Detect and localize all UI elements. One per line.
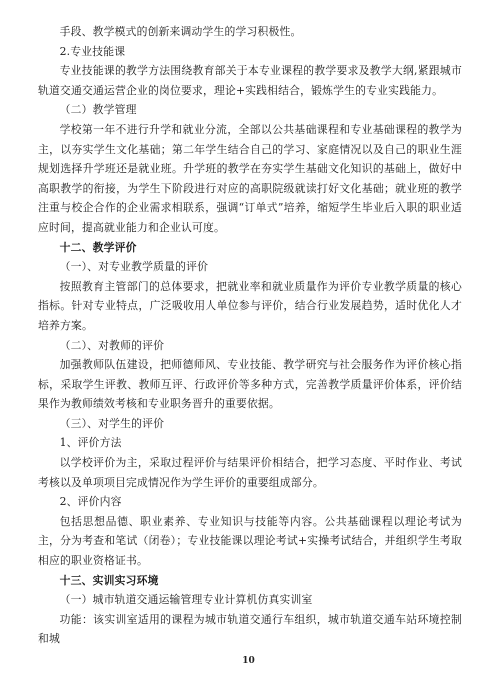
paragraph: 1、评价方法	[38, 433, 462, 453]
paragraph: 加强教师队伍建设，把师德师风、专业技能、教学研究与社会服务作为评价核心指标，采取…	[38, 355, 462, 414]
section-heading: 十三、实训实习环境	[38, 571, 462, 591]
document-page: 手段、教学模式的创新来调动学生的学习积极性。2.专业技能课专业技能课的教学方法围…	[0, 0, 497, 697]
paragraph: 手段、教学模式的创新来调动学生的学习积极性。	[38, 22, 462, 42]
paragraph: 学校第一年不进行升学和就业分流，全部以公共基础课程和专业基础课程的教学为主，以夯…	[38, 120, 462, 238]
paragraph: 2.专业技能课	[38, 42, 462, 62]
paragraph: 功能：该实训室适用的课程为城市轨道交通行车组织，城市轨道交通车站环境控制和城	[38, 610, 462, 649]
paragraph: （二）教学管理	[38, 100, 462, 120]
paragraph: 专业技能课的教学方法围绕教育部关于本专业课程的教学要求及教学大纲,紧跟城市轨道交…	[38, 61, 462, 100]
paragraph: （三）、对学生的评价	[38, 414, 462, 434]
paragraph: 包括思想品德、职业素养、专业知识与技能等内容。公共基础课程以理论考试为主，分为考…	[38, 512, 462, 571]
paragraph: （一）、对专业教学质量的评价	[38, 257, 462, 277]
paragraph: （一）城市轨道交通运输管理专业计算机仿真实训室	[38, 590, 462, 610]
paragraph: （二）、对教师的评价	[38, 336, 462, 356]
section-heading: 十二、教学评价	[38, 238, 462, 258]
paragraph: 2、评价内容	[38, 492, 462, 512]
paragraph: 按照教育主管部门的总体要求，把就业率和就业质量作为评价专业教学质量的核心指标。针…	[38, 277, 462, 336]
paragraph: 以学校评价为主，采取过程评价与结果评价相结合，把学习态度、平时作业、考试考核以及…	[38, 453, 462, 492]
document-body: 手段、教学模式的创新来调动学生的学习积极性。2.专业技能课专业技能课的教学方法围…	[38, 22, 462, 649]
page-number: 10	[0, 656, 497, 666]
